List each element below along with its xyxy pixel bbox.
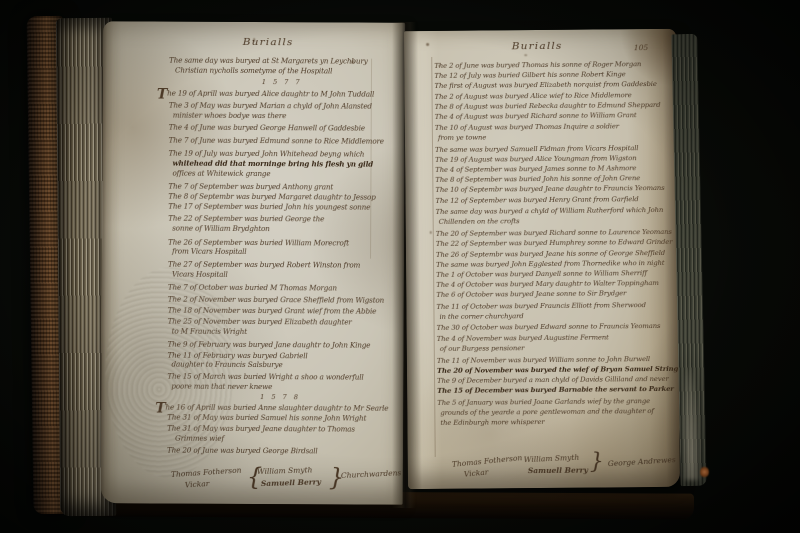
- signature-block: Thomas FothersonVickar{William SmythSamu…: [103, 21, 405, 23]
- page-heading: Burialls: [434, 40, 640, 53]
- initial-capital: T: [155, 401, 165, 417]
- manuscript-line: The 4 of June was buryed George Hanwell …: [169, 123, 395, 134]
- left-page: Burialls The same day was buryed at St M…: [101, 21, 406, 505]
- manuscript-line: from ye towne: [435, 131, 669, 143]
- manuscript-line: The 16 of Aprill was buried Anne slaught…: [167, 403, 393, 414]
- manuscript-line: The 25 of November was buryed Elizabeth …: [168, 316, 394, 327]
- signature: Thomas Fotherson: [171, 465, 242, 479]
- signature-block: Thomas FothersonVickarWilliam SmythSamue…: [404, 29, 676, 31]
- burial-entries: The 2 of June was buryed Thomas his sonn…: [434, 59, 671, 428]
- manuscript-line: the Edinburgh more whisperer: [437, 416, 671, 428]
- manuscript-line: Christian nycholls sometyme of the Hospi…: [169, 65, 395, 76]
- signature: George Andrewes: [608, 455, 676, 468]
- manuscript-line: poore man that never knewe: [167, 382, 393, 393]
- manuscript-line: The 7 of June was buryed Edmund sonne to…: [169, 136, 395, 147]
- manuscript-line: Grimmes wief: [167, 433, 393, 444]
- manuscript-line: The 12 of September was buryed Henry Gra…: [435, 194, 669, 206]
- manuscript-line: The 6 of October was buryed Jeane sonne …: [436, 288, 670, 300]
- manuscript-line: The 31 of May was buried Samuel his sonn…: [167, 413, 393, 424]
- manuscript-line: from Vicars Hospitall: [168, 247, 394, 258]
- left-page-text: Burialls The same day was buryed at St M…: [167, 36, 395, 457]
- manuscript-line: The 19 of Aprill was buryed Alice daught…: [169, 88, 395, 99]
- manuscript-line: The 9 of February was buryed Jane daught…: [168, 339, 394, 350]
- photograph: Burialls The same day was buryed at St M…: [0, 0, 800, 533]
- manuscript-line: The 30 of October was buryed Edward sonn…: [437, 321, 671, 333]
- signature: Samuell Berry: [261, 477, 321, 488]
- signature: }: [590, 449, 604, 474]
- right-page-text: Burialls The 2 of June was buryed Thomas…: [434, 39, 671, 428]
- manuscript-line: offices at Whitewick grange: [168, 169, 394, 180]
- manuscript-line: 1 5 7 7: [169, 77, 395, 88]
- manuscript-line: The 17 of September was buried John his …: [168, 201, 394, 212]
- manuscript-line: sonne of William Brydghton: [168, 223, 394, 234]
- manuscript-line: The 20 of June was buryed George Birdsal…: [167, 445, 393, 456]
- burial-entries: The same day was buryed at St Margarets …: [167, 56, 395, 457]
- ink-speck: [430, 231, 432, 234]
- manuscript-line: of our Burgess pensioner: [437, 342, 671, 354]
- manuscript-line: The 2 of November was buryed Grace Sheff…: [168, 295, 394, 306]
- signature: Samuell Berry: [528, 466, 588, 476]
- signature: William Smyth: [257, 465, 313, 476]
- manuscript-line: The 18 of November was buryed Grant wief…: [168, 305, 394, 316]
- cover-glint: [700, 466, 709, 478]
- manuscript-line: Vicars Hospitall: [168, 270, 394, 281]
- manuscript-line: The 15 of March was buried Wright a shoo…: [167, 372, 393, 383]
- ink-speck: [426, 43, 429, 46]
- right-page: 105 Burialls The 2 of June was buryed Th…: [404, 29, 680, 489]
- manuscript-line: in the corner churchyard: [436, 310, 670, 322]
- manuscript-line: The 31 of May was buryed Jeane daughter …: [167, 423, 393, 434]
- manuscript-line: to M Frauncis Wright: [168, 326, 394, 337]
- page-heading: Burialls: [169, 36, 367, 48]
- manuscript-line: The 15 of December was buryed Barnabie t…: [437, 384, 671, 396]
- manuscript-line: The 11 of February was buryed Gabriell: [167, 350, 393, 361]
- signature: William Smyth: [524, 453, 580, 464]
- manuscript-line: The 7 of October was buried M Thomas Mor…: [168, 283, 394, 294]
- signature: Vickar: [463, 467, 488, 478]
- initial-capital: T: [157, 86, 167, 102]
- manuscript-line: minister whoes bodye was there: [169, 110, 395, 121]
- manuscript-line: daughter to Frauncis Salsburye: [167, 360, 393, 371]
- manuscript-line: Chillenden on the crofts: [436, 215, 670, 227]
- signature: Vickar: [185, 479, 210, 490]
- manuscript-line: The 4 of August was buryed Richard sonne…: [435, 110, 669, 122]
